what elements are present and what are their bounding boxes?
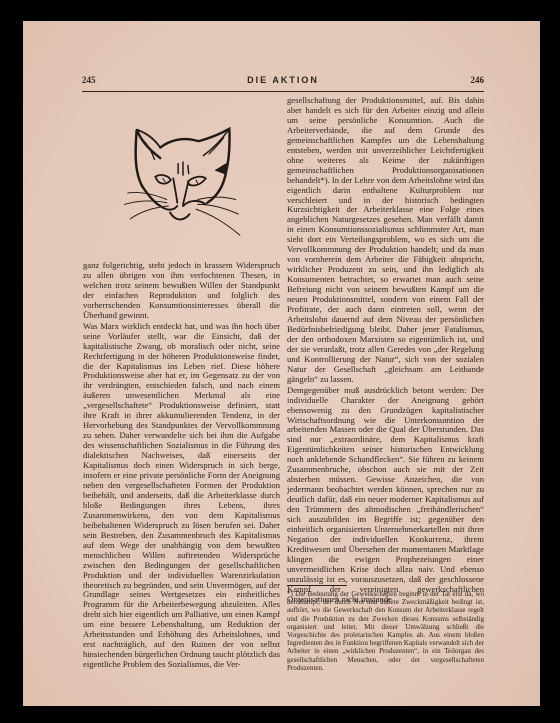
paragraph: Was Marx wirklich entdeckt hat, und was …: [83, 322, 280, 670]
magazine-page: 245 DIE AKTION 246: [23, 21, 540, 706]
footnote: *) Die Bedeutung der Gewerkschaften begi…: [287, 590, 484, 672]
page-number-right: 246: [471, 75, 485, 85]
journal-title: DIE AKTION: [82, 75, 484, 85]
paragraph: Demgegenüber muß ausdrücklich betont wer…: [287, 386, 484, 605]
paragraph: ganz folgerichtig, steht jedoch in krass…: [83, 261, 280, 321]
right-text-column: gesellschaftung der Produktionsmittel, a…: [287, 96, 484, 605]
left-text-column: ganz folgerichtig, steht jedoch in krass…: [83, 261, 280, 670]
running-header: 245 DIE AKTION 246: [82, 75, 484, 92]
paragraph: gesellschaftung der Produktionsmittel, a…: [287, 96, 484, 385]
footnote-divider: [287, 585, 347, 586]
cat-head-icon: [108, 115, 258, 245]
